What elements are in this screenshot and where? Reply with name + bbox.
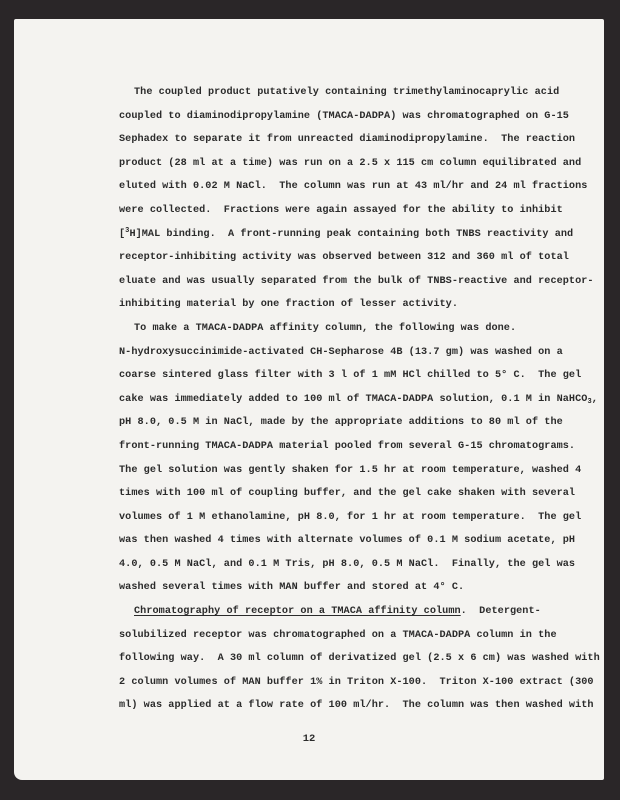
text-line: N-hydroxysuccinimide-activated CH-Sephar… (119, 341, 579, 365)
paragraph-affinity-column: To make a TMACA-DADPA affinity column, t… (119, 317, 579, 600)
text-line: times with 100 ml of coupling buffer, an… (119, 482, 579, 506)
text-line: washed several times with MAN buffer and… (119, 576, 579, 600)
section-heading: Chromatography of receptor on a TMACA af… (134, 606, 461, 617)
text-line: front-running TMACA-DADPA material poole… (119, 435, 579, 459)
text-line: To make a TMACA-DADPA affinity column, t… (119, 317, 579, 341)
paragraph-coupled-product: The coupled product putatively containin… (119, 81, 579, 317)
text-line: coarse sintered glass filter with 3 l of… (119, 364, 579, 388)
text-line: eluted with 0.02 M NaCl. The column was … (119, 175, 579, 199)
text-line-with-subscript: cake was immediately added to 100 ml of … (119, 388, 579, 412)
text-line: coupled to diaminodipropylamine (TMACA-D… (119, 105, 579, 129)
text-line: The gel solution was gently shaken for 1… (119, 459, 579, 483)
text-line: volumes of 1 M ethanolamine, pH 8.0, for… (119, 506, 579, 530)
text-line: Sephadex to separate it from unreacted d… (119, 128, 579, 152)
text-fragment: , (592, 394, 598, 405)
text-line: following way. A 30 ml column of derivat… (119, 647, 579, 671)
text-line: was then washed 4 times with alternate v… (119, 529, 579, 553)
text-fragment: cake was immediately added to 100 ml of … (119, 394, 587, 405)
text-line: 2 column volumes of MAN buffer 1% in Tri… (119, 671, 579, 695)
body-text: The coupled product putatively containin… (119, 81, 579, 718)
document-page: The coupled product putatively containin… (14, 19, 604, 780)
text-line: The coupled product putatively containin… (119, 81, 579, 105)
text-line: eluate and was usually separated from th… (119, 270, 579, 294)
text-line: ml) was applied at a flow rate of 100 ml… (119, 694, 579, 718)
text-line: inhibiting material by one fraction of l… (119, 293, 579, 317)
text-line: product (28 ml at a time) was run on a 2… (119, 152, 579, 176)
page-number: 12 (14, 733, 604, 745)
text-line-with-superscript: [3H]MAL binding. A front-running peak co… (119, 223, 579, 247)
text-line: receptor-inhibiting activity was observe… (119, 246, 579, 270)
text-fragment: . Detergent- (461, 606, 541, 617)
text-line: pH 8.0, 0.5 M in NaCl, made by the appro… (119, 411, 579, 435)
paragraph-receptor-chromatography: Chromatography of receptor on a TMACA af… (119, 600, 579, 718)
text-line: were collected. Fractions were again ass… (119, 199, 579, 223)
text-fragment: H]MAL binding. A front-running peak cont… (129, 229, 573, 240)
text-line: 4.0, 0.5 M NaCl, and 0.1 M Tris, pH 8.0,… (119, 553, 579, 577)
text-line: solubilized receptor was chromatographed… (119, 624, 579, 648)
section-heading-line: Chromatography of receptor on a TMACA af… (119, 600, 579, 624)
